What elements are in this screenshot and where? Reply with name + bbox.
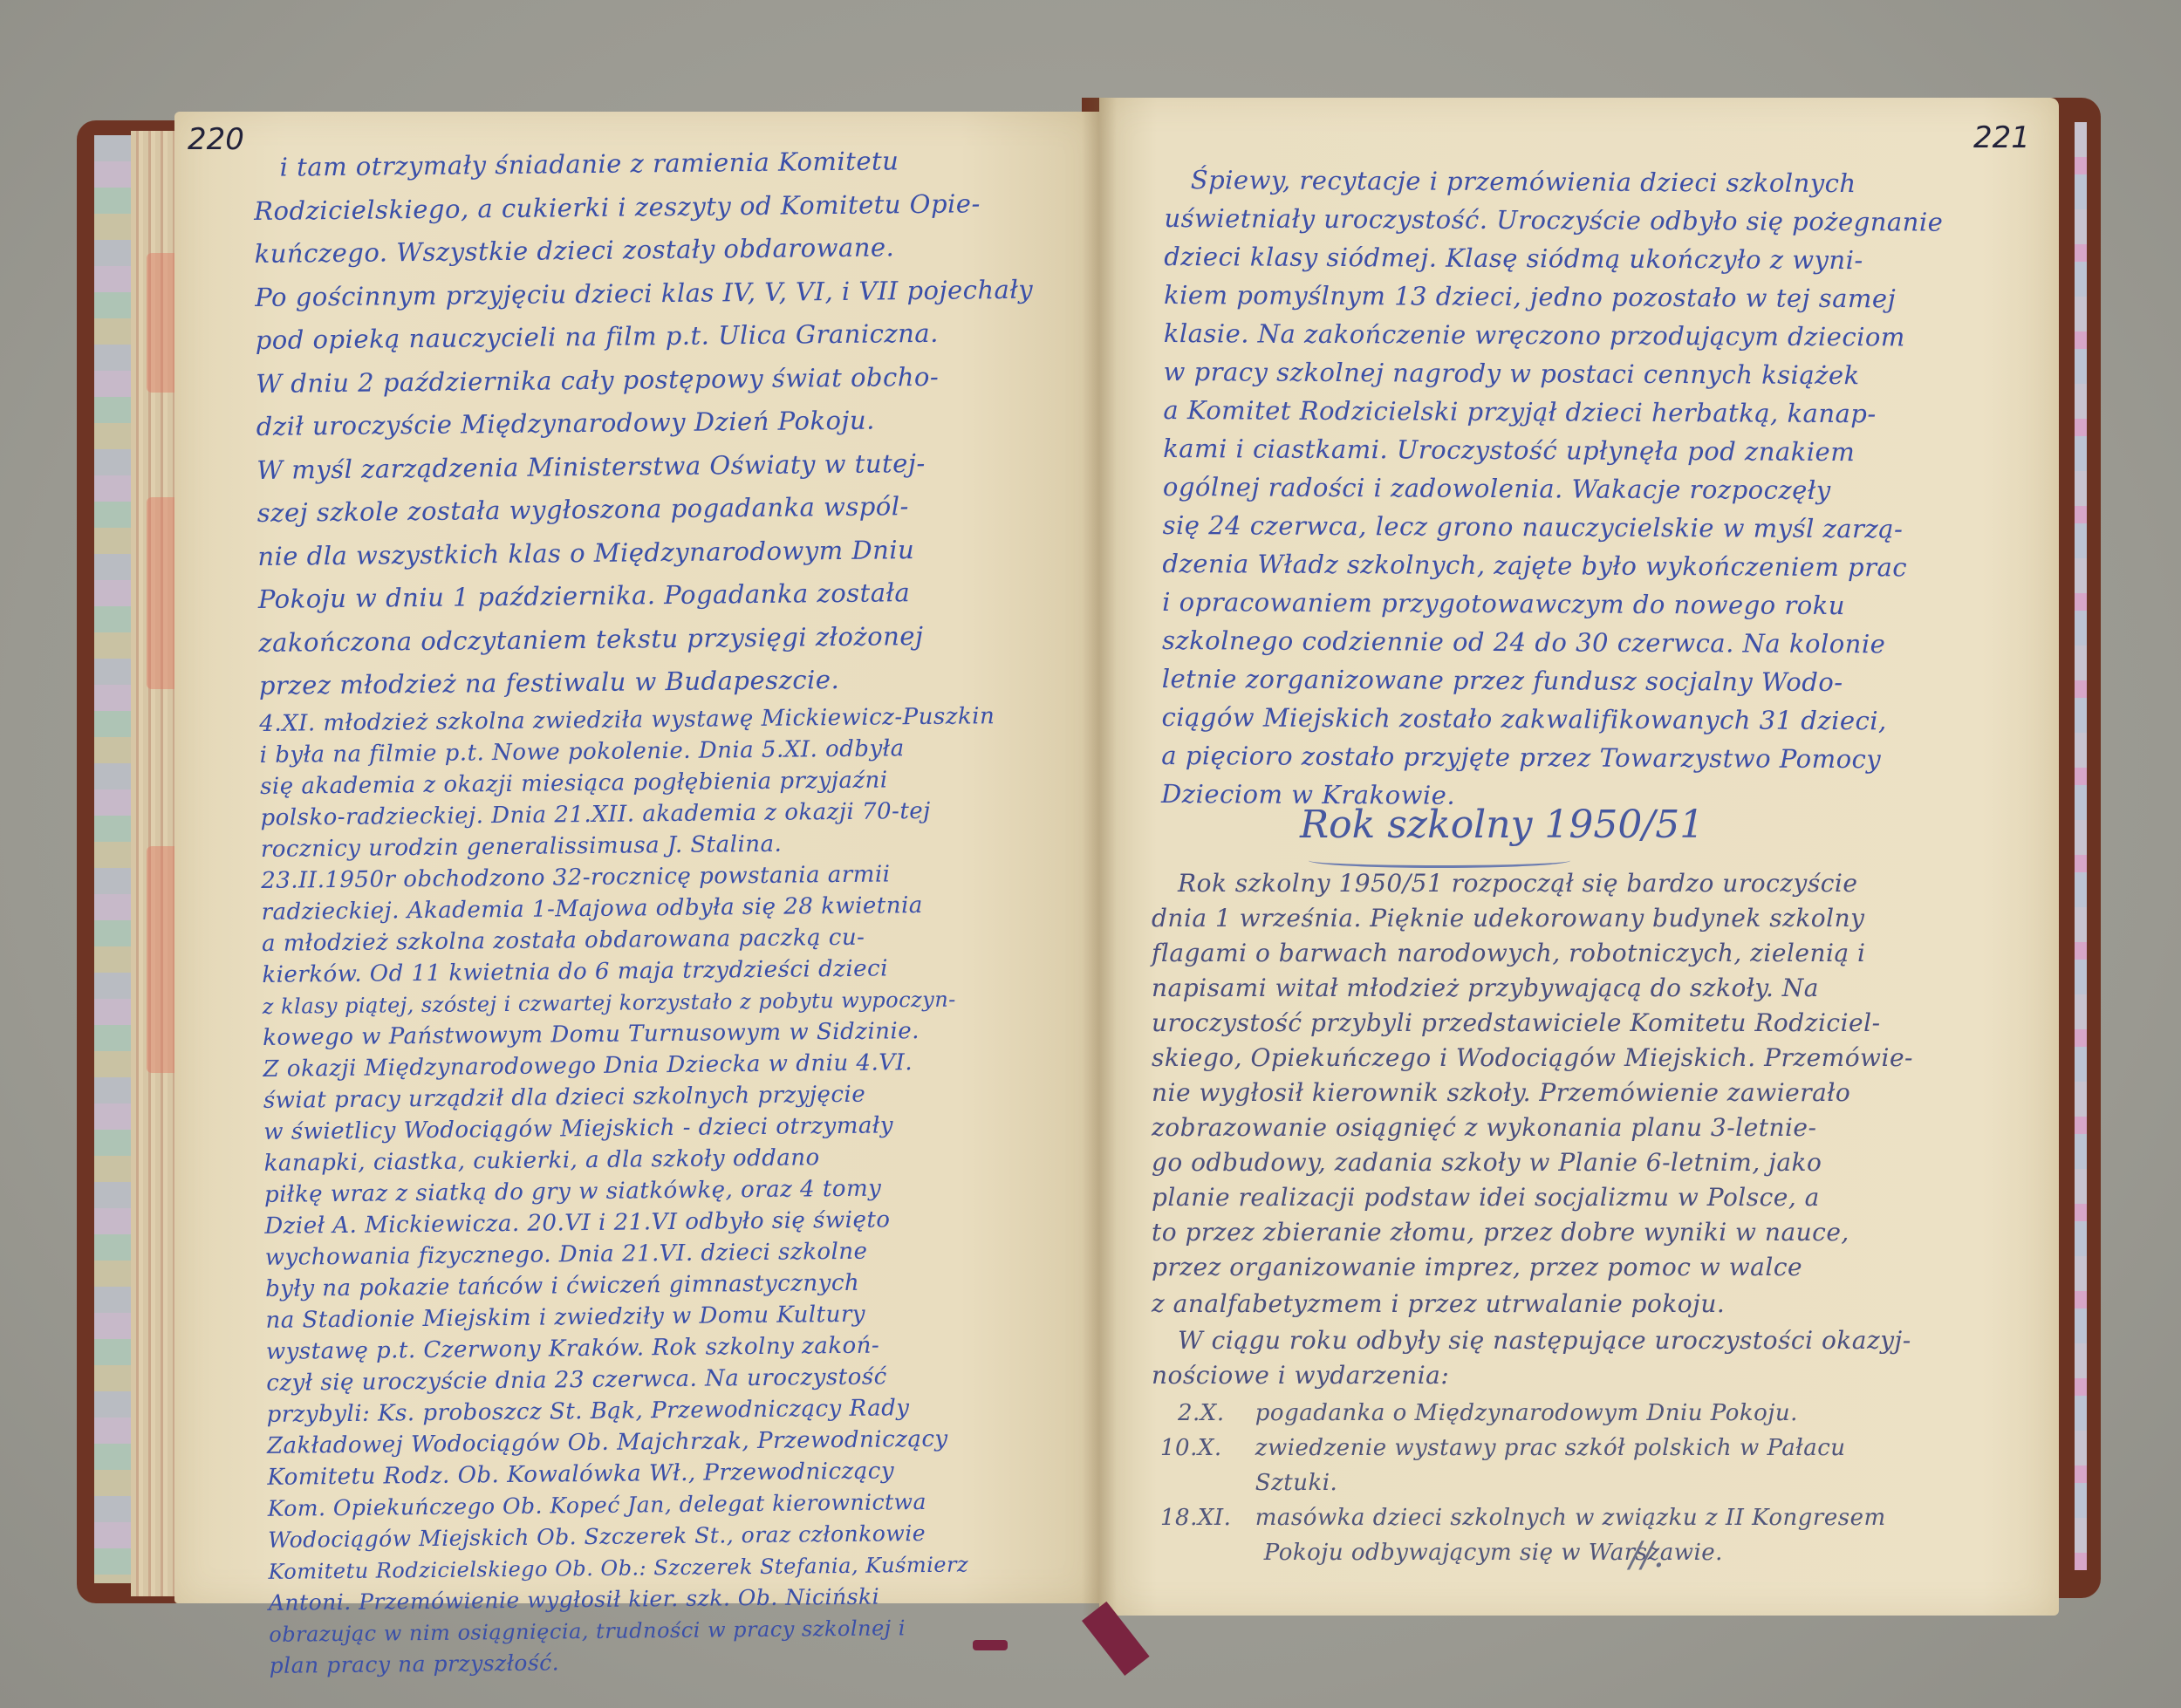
text-line: ciągów Miejskich zostało zakwalifikowany… xyxy=(1161,698,1940,741)
event-date: 18.XI. xyxy=(1160,1500,1248,1535)
event-text: masówka dzieci szkolnych w związku z II … xyxy=(1255,1505,1886,1531)
text-line: zobrazowanie osiągnięć z wykonania planu… xyxy=(1152,1110,1913,1145)
text-line: uświetniały uroczystość. Uroczyście odby… xyxy=(1164,199,1943,242)
event-item: 2.X. pogadanka o Międzynarodowym Dniu Po… xyxy=(1160,1396,1886,1431)
text-line: skiego, Opiekuńczego i Wodociągów Miejsk… xyxy=(1152,1041,1913,1076)
text-line: dzenia Władz szkolnych, zajęte było wyko… xyxy=(1162,544,1941,587)
text-line: i opracowaniem przygotowawczym do nowego… xyxy=(1162,583,1941,625)
text-line: klasie. Na zakończenie wręczono przodują… xyxy=(1164,314,1943,357)
text-line: szkolnego codziennie od 24 do 30 czerwca… xyxy=(1162,621,1941,664)
text-line: Śpiewy, recytacje i przemówienia dzieci … xyxy=(1165,161,1944,203)
event-date: 10.X. xyxy=(1160,1431,1248,1465)
text-line: z analfabetyzmem i przez utrwalanie poko… xyxy=(1152,1285,1913,1323)
text-line: nie wygłosił kierownik szkoły. Przemówie… xyxy=(1152,1076,1913,1110)
text-line: planie realizacji podstaw idei socjalizm… xyxy=(1152,1180,1913,1215)
event-item: 18.XI. masówka dzieci szkolnych w związk… xyxy=(1160,1500,1886,1535)
event-text: pogadanka o Międzynarodowym Dniu Pokoju. xyxy=(1255,1400,1798,1426)
event-text: Sztuki. xyxy=(1255,1470,1338,1496)
text-line: a pięcioro zostało przyjęte przez Towarz… xyxy=(1161,736,1940,779)
text-line: W dniu 2 października cały postępowy świ… xyxy=(256,354,1034,406)
events-list: 2.X. pogadanka o Międzynarodowym Dniu Po… xyxy=(1160,1396,1886,1570)
left-page-text: i tam otrzymały śniadanie z ramienia Kom… xyxy=(253,104,1048,1682)
text-line: przez organizowanie imprez, przez pomoc … xyxy=(1152,1250,1913,1285)
text-line: pod opieką nauczycieli na film p.t. Ulic… xyxy=(255,311,1033,363)
text-line: ogólnej radości i zadowolenia. Wakacje r… xyxy=(1163,468,1942,510)
text-line: letnie zorganizowane przez fundusz socja… xyxy=(1162,659,1941,702)
page-number-left: 220 xyxy=(188,122,244,157)
marbled-endpaper-right xyxy=(2075,122,2087,1570)
text-line: się 24 czerwca, lecz grono nauczycielski… xyxy=(1163,506,1942,549)
right-page-text-top: Śpiewy, recytacje i przemówienia dzieci … xyxy=(1161,140,1944,817)
text-line: kami i ciastkami. Uroczystość upłynęła p… xyxy=(1163,429,1942,472)
event-item: Sztuki. xyxy=(1160,1465,1886,1500)
page-number-right: 221 xyxy=(1973,120,2030,155)
text-line: to przez zbieranie złomu, przez dobre wy… xyxy=(1152,1215,1913,1250)
text-line: Rok szkolny 1950/51 rozpoczął się bardzo… xyxy=(1152,866,1913,901)
text-line: a Komitet Rodzicielski przyjął dzieci he… xyxy=(1163,391,1942,434)
text-line: nościowe i wydarzenia: xyxy=(1152,1358,1913,1393)
text-line: dnia 1 września. Pięknie udekorowany bud… xyxy=(1152,901,1913,936)
section-heading: Rok szkolny 1950/51 xyxy=(1300,803,1704,847)
event-item: Pokoju odbywającym się w Warszawie. xyxy=(1160,1535,1886,1570)
text-line: uroczystość przybyli przedstawiciele Kom… xyxy=(1152,1006,1913,1041)
text-line: dzieci klasy siódmej. Klasę siódmą ukońc… xyxy=(1164,237,1943,280)
closing-mark: //. xyxy=(1630,1535,1665,1575)
book-gutter xyxy=(1082,98,1117,1616)
text-line: napisami witał młodzież przybywającą do … xyxy=(1152,971,1913,1006)
text-line: W myśl zarządzenia Ministerstwa Oświaty … xyxy=(256,441,1035,492)
text-line: flagami o barwach narodowych, robotniczy… xyxy=(1152,936,1913,971)
text-line: kiem pomyślnym 13 dzieci, jedno pozostał… xyxy=(1164,276,1943,318)
text-line: w pracy szkolnej nagrody w postaci cenny… xyxy=(1163,352,1942,395)
event-text: zwiedzenie wystawy prac szkół polskich w… xyxy=(1255,1435,1846,1461)
text-line: zakończona odczytaniem tekstu przysięgi … xyxy=(258,613,1036,665)
event-date: 2.X. xyxy=(1160,1396,1248,1431)
event-item: 10.X. zwiedzenie wystawy prac szkół pols… xyxy=(1160,1431,1886,1465)
text-line: go odbudowy, zadania szkoły w Planie 6-l… xyxy=(1152,1145,1913,1180)
right-page-text-bottom: Rok szkolny 1950/51 rozpoczął się bardzo… xyxy=(1152,866,1913,1393)
text-line: Rodzicielskiego, a cukierki i zeszyty od… xyxy=(254,181,1032,233)
text-line: W ciągu roku odbyły się następujące uroc… xyxy=(1152,1323,1913,1358)
